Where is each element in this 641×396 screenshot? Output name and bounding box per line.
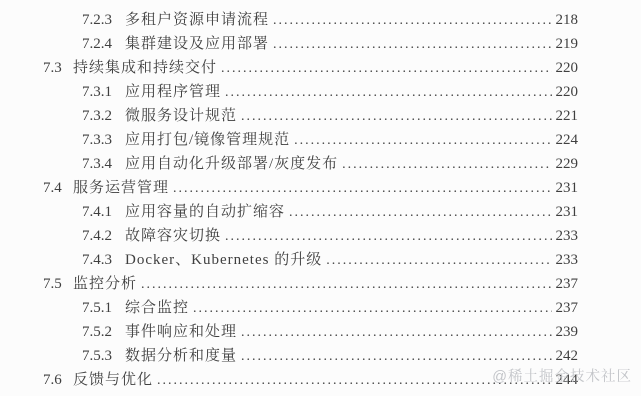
toc-entry-number: 7.5.1 xyxy=(82,300,125,317)
toc-entry: 7.4.1应用容量的自动扩缩容231 xyxy=(43,200,578,224)
dot-leader xyxy=(141,276,552,293)
toc-entry: 7.6反馈与优化244 xyxy=(43,368,578,392)
dot-leader xyxy=(241,324,552,341)
toc-entry-page: 242 xyxy=(554,348,578,365)
toc-entry: 7.3.3应用打包/镜像管理规范224 xyxy=(43,128,578,152)
dot-leader xyxy=(225,84,552,101)
toc-entry-title: 综合监控 xyxy=(125,296,193,317)
toc-entry-title: 应用打包/镜像管理规范 xyxy=(125,128,294,149)
dot-leader xyxy=(273,12,552,29)
toc-entry-page: 218 xyxy=(554,12,578,29)
toc-entry-number: 7.5.2 xyxy=(82,324,125,341)
toc-entry-page: 220 xyxy=(554,60,578,77)
dot-leader xyxy=(221,60,552,77)
toc-entry-number: 7.6 xyxy=(43,372,73,389)
toc-entry-title: 故障容灾切换 xyxy=(125,224,225,245)
toc-entry: 7.5.3数据分析和度量242 xyxy=(43,344,578,368)
toc-entry-number: 7.4 xyxy=(43,180,73,197)
dot-leader xyxy=(294,132,552,149)
toc-entry-page: 231 xyxy=(554,204,578,221)
toc-entry-title: 集群建设及应用部署 xyxy=(125,32,273,53)
toc-entry-page: 229 xyxy=(554,156,578,173)
toc-entry: 7.4.2故障容灾切换233 xyxy=(43,224,578,248)
toc-entry: 7.5监控分析237 xyxy=(43,272,578,296)
toc-entry-page: 219 xyxy=(554,36,578,53)
dot-leader xyxy=(289,204,552,221)
toc-entry-number: 7.5 xyxy=(43,276,73,293)
toc-entry-title: 反馈与优化 xyxy=(73,368,157,389)
toc-entry: 7.3.4应用自动化升级部署/灰度发布229 xyxy=(43,152,578,176)
toc-entry-number: 7.5.3 xyxy=(82,348,125,365)
toc-entry-number: 7.3.3 xyxy=(82,132,125,149)
dot-leader xyxy=(342,156,552,173)
toc-entry: 7.2.3多租户资源申请流程218 xyxy=(43,8,578,32)
toc-entry-number: 7.4.3 xyxy=(82,252,125,269)
dot-leader xyxy=(241,108,552,125)
dot-leader xyxy=(157,372,552,389)
toc-entry-number: 7.4.1 xyxy=(82,204,125,221)
toc-entry: 7.5.2事件响应和处理239 xyxy=(43,320,578,344)
toc-entry-page: 237 xyxy=(554,300,578,317)
dot-leader xyxy=(225,228,552,245)
toc-entry-number: 7.2.4 xyxy=(82,36,125,53)
toc-entry: 7.4服务运营管理231 xyxy=(43,176,578,200)
toc-entry-page: 244 xyxy=(554,372,578,389)
toc-entry-page: 221 xyxy=(554,108,578,125)
toc-entry-number: 7.3.4 xyxy=(82,156,125,173)
toc-entry-title: 多租户资源申请流程 xyxy=(125,8,273,29)
toc-entry-number: 7.3.2 xyxy=(82,108,125,125)
toc-entry-title: 持续集成和持续交付 xyxy=(73,56,221,77)
toc-entry-title: 事件响应和处理 xyxy=(125,320,241,341)
toc-entry-number: 7.4.2 xyxy=(82,228,125,245)
dot-leader xyxy=(173,180,552,197)
toc-entry-page: 231 xyxy=(554,180,578,197)
toc-entry-number: 7.3.1 xyxy=(82,84,125,101)
toc-page: 7.2.3多租户资源申请流程2187.2.4集群建设及应用部署2197.3持续集… xyxy=(0,0,641,396)
toc-entry: 7.3.2微服务设计规范221 xyxy=(43,104,578,128)
toc-entry-page: 220 xyxy=(554,84,578,101)
toc-list: 7.2.3多租户资源申请流程2187.2.4集群建设及应用部署2197.3持续集… xyxy=(0,0,641,396)
toc-entry-title: Docker、Kubernetes 的升级 xyxy=(125,248,326,269)
toc-entry-page: 233 xyxy=(554,228,578,245)
toc-entry: 7.5.1综合监控237 xyxy=(43,296,578,320)
toc-entry-page: 237 xyxy=(554,276,578,293)
toc-entry-page: 239 xyxy=(554,324,578,341)
dot-leader xyxy=(193,300,552,317)
toc-entry: 7.4.3Docker、Kubernetes 的升级233 xyxy=(43,248,578,272)
toc-entry: 7.2.4集群建设及应用部署219 xyxy=(43,32,578,56)
toc-entry-title: 监控分析 xyxy=(73,272,141,293)
dot-leader xyxy=(326,252,552,269)
toc-entry-title: 服务运营管理 xyxy=(73,176,173,197)
dot-leader xyxy=(241,348,552,365)
toc-entry: 7.3.1应用程序管理220 xyxy=(43,80,578,104)
toc-entry-title: 数据分析和度量 xyxy=(125,344,241,365)
toc-entry-number: 7.2.3 xyxy=(82,12,125,29)
toc-entry-page: 233 xyxy=(554,252,578,269)
toc-entry-number: 7.3 xyxy=(43,60,73,77)
toc-entry-title: 应用容量的自动扩缩容 xyxy=(125,200,289,221)
toc-entry-title: 应用自动化升级部署/灰度发布 xyxy=(125,152,342,173)
toc-entry: 7.3持续集成和持续交付220 xyxy=(43,56,578,80)
toc-entry-title: 应用程序管理 xyxy=(125,80,225,101)
toc-entry-page: 224 xyxy=(554,132,578,149)
dot-leader xyxy=(273,36,552,53)
toc-entry-title: 微服务设计规范 xyxy=(125,104,241,125)
